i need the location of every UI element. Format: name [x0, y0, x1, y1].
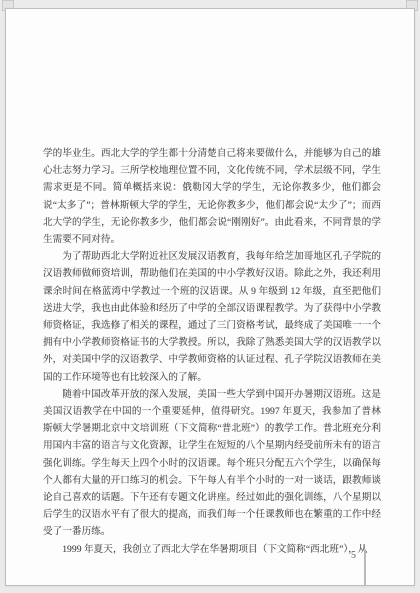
- body-paragraph: 为了帮助西北大学附近社区发展汉语教育，我每年给芝加哥地区孔子学院的汉语教师做师资…: [43, 248, 381, 386]
- body-paragraph: 随着中国改革开放的深入发展，美国一些大学到中国开办暑期汉语班。这是美国汉语教学在…: [43, 386, 381, 541]
- scanned-document-page-view: { "document": { "paragraphs": [ { "text"…: [0, 0, 420, 593]
- page-number-rule: [364, 550, 366, 586]
- body-text-block: 学的毕业生。西北大学的学生都十分清楚自己将来要做什么，并能够为自己的雄心壮志努力…: [43, 145, 381, 558]
- document-page: 学的毕业生。西北大学的学生都十分清楚自己将来要做什么，并能够为自己的雄心壮志努力…: [5, 8, 415, 586]
- body-paragraph-continuation: 学的毕业生。西北大学的学生都十分清楚自己将来要做什么，并能够为自己的雄心壮志努力…: [43, 145, 381, 248]
- body-paragraph-cutoff: 1999 年夏天，我创立了西北大学在华暑期项目（下文简称“西北班”），从: [43, 541, 381, 558]
- page-number: 5: [336, 550, 356, 562]
